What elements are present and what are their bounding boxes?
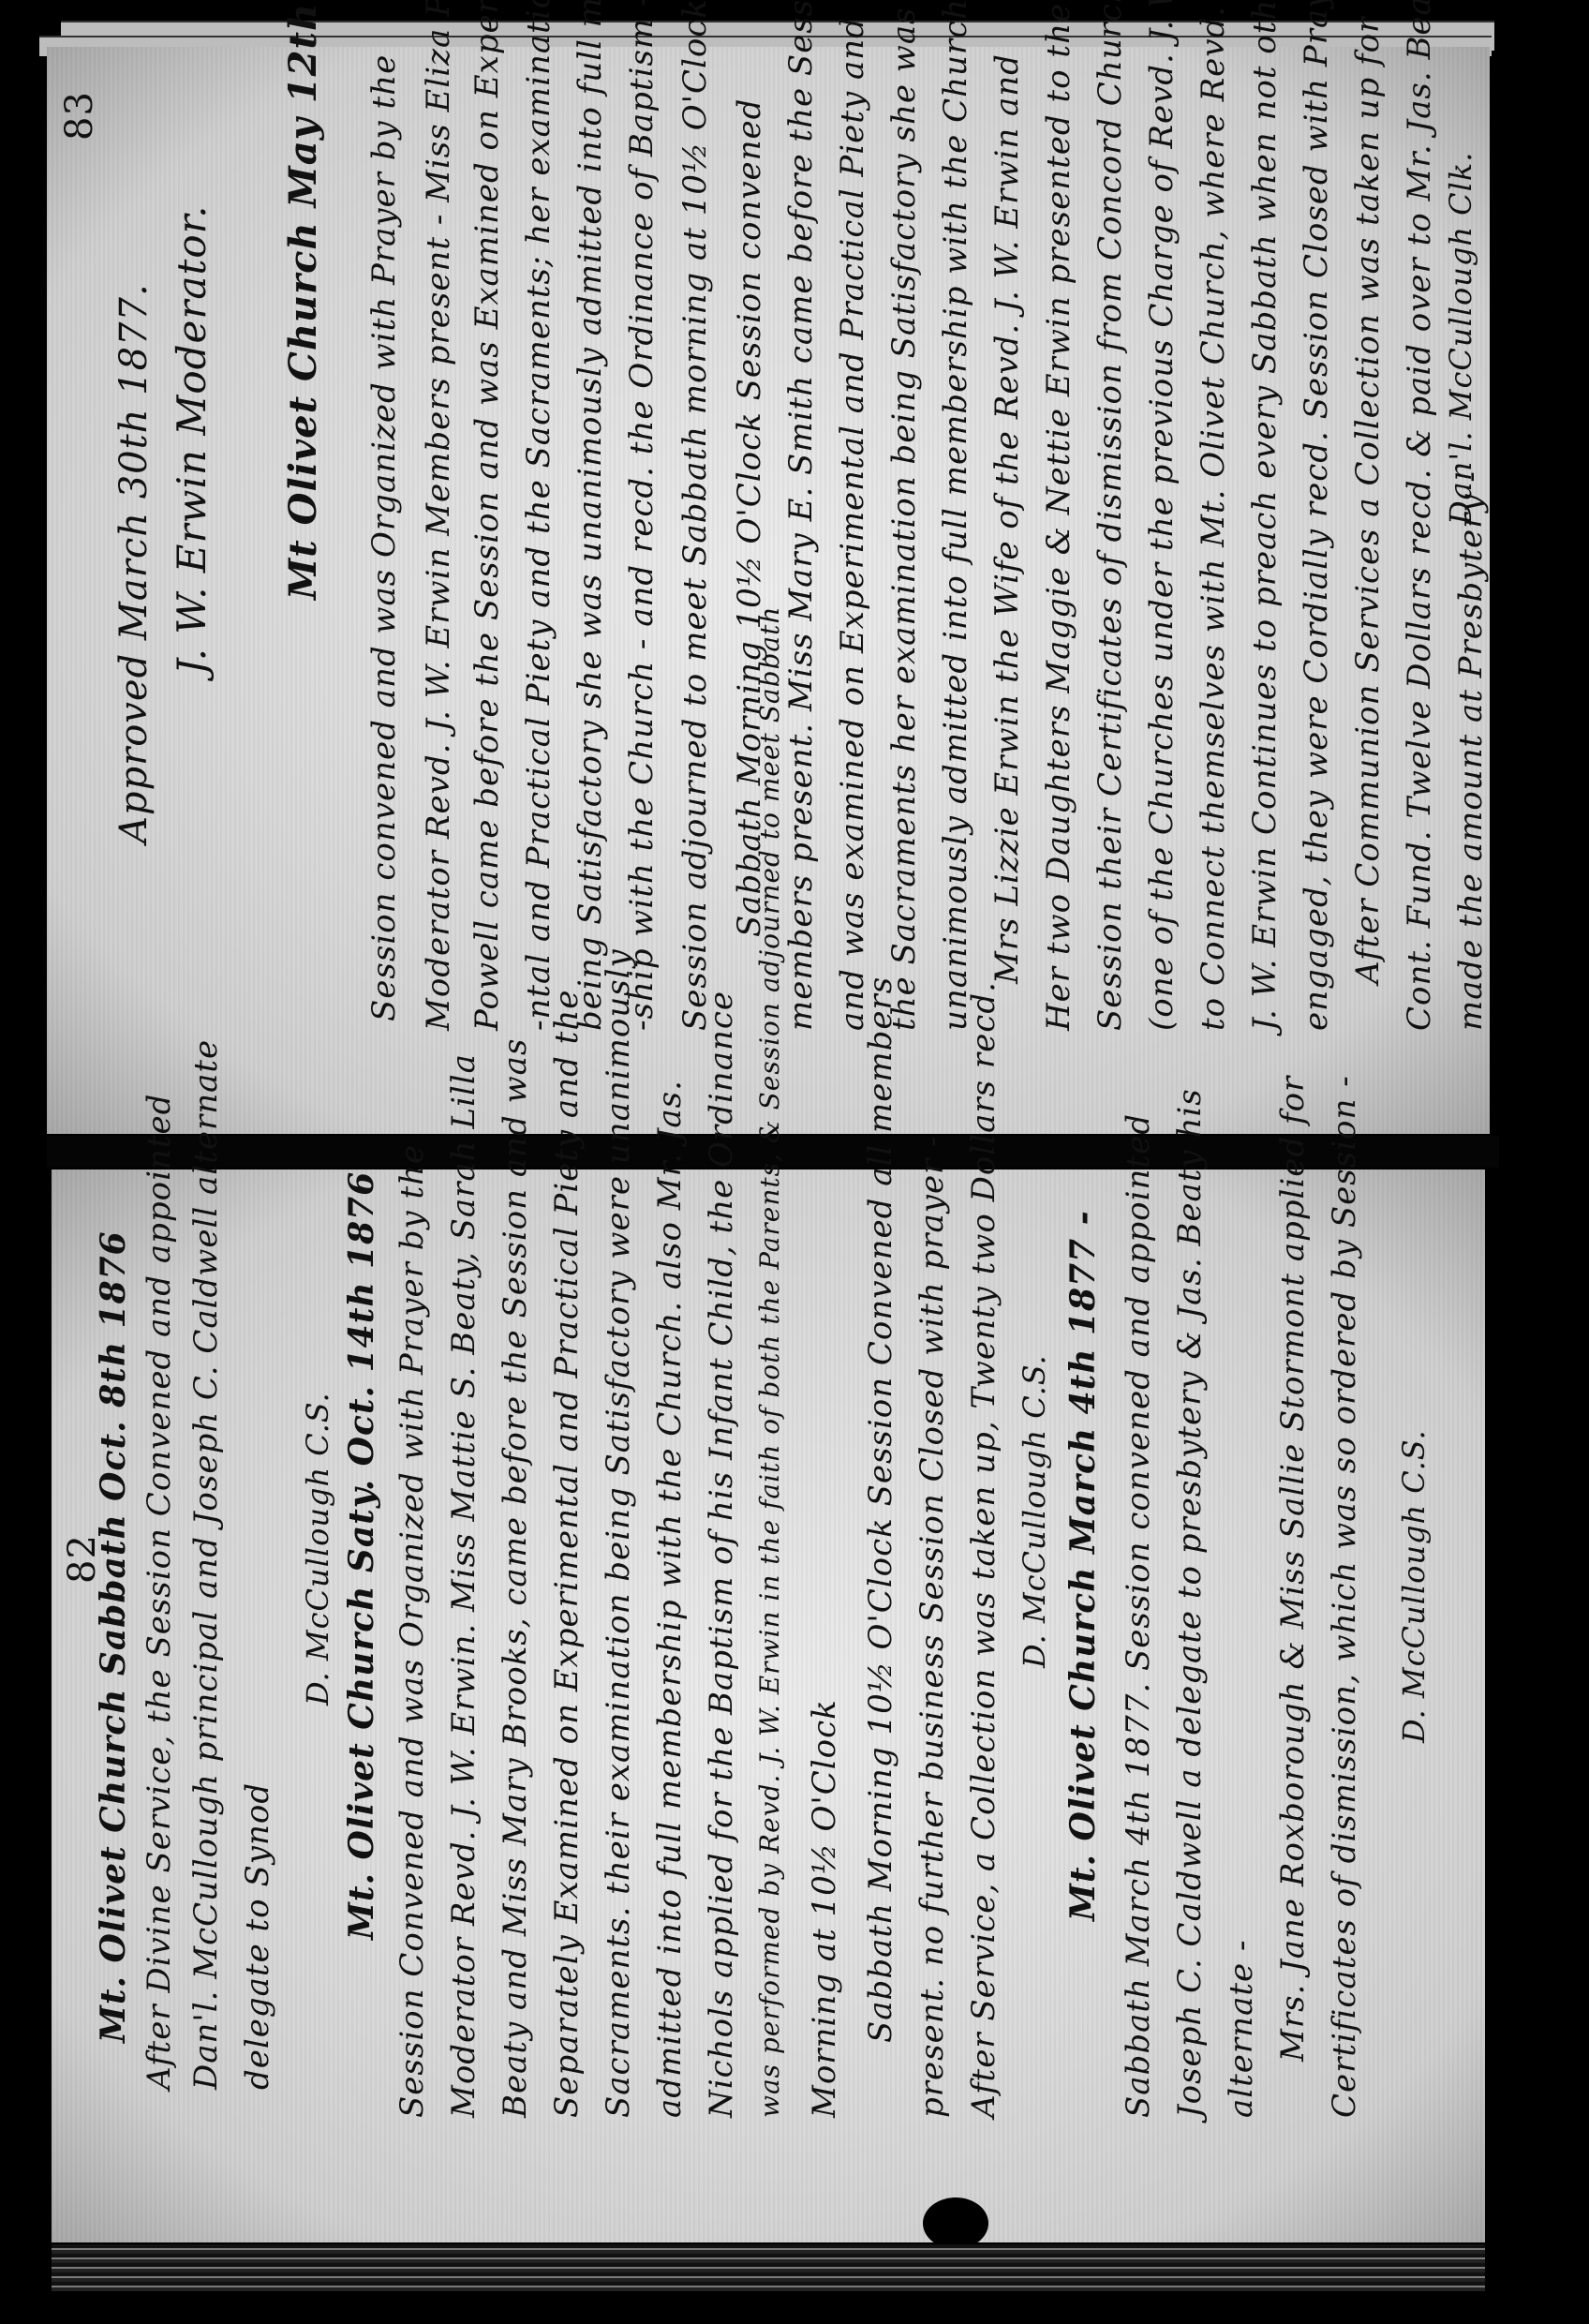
text-line: Session their Certificates of dismission…: [1092, 0, 1129, 1031]
clerk-signature: D. McCullough C.S.: [300, 1392, 335, 1706]
text-line: being Satisfactory she was unanimously a…: [572, 0, 609, 1031]
text-line: (one of the Churches under the previous …: [1143, 0, 1181, 1031]
text-line: the Sacraments her examination being Sat…: [885, 7, 923, 1031]
text-line: members present. Miss Mary E. Smith came…: [782, 0, 820, 1031]
text-line: made the amount at Presbytery -: [1452, 470, 1490, 1031]
text-line: J. W. Erwin Continues to preach every Sa…: [1246, 0, 1284, 1031]
text-line: Sacraments. their examination being Sati…: [600, 948, 637, 2118]
text-line: After Service, a Collection was taken up…: [965, 981, 1002, 2118]
text-line: Mrs. Jane Roxborough & Miss Sallie Storm…: [1274, 1076, 1312, 2062]
text-line: -ship with the Church - and recd. the Or…: [623, 0, 661, 1031]
text-line: Separately Examined on Experimental and …: [548, 990, 586, 2118]
book-binding-edge: [52, 2244, 1485, 2291]
page-number-83: 83: [58, 91, 101, 141]
text-line: admitted into full membership with the C…: [651, 1080, 689, 2118]
text-line: Session Convened and was Organized with …: [394, 1144, 431, 2118]
text-line: was performed by Revd. J. W. Erwin in th…: [754, 606, 785, 2118]
text-line: delegate to Synod: [239, 1782, 276, 2090]
clerk-signature: Dan'l. McCullough Clk.: [1443, 152, 1478, 525]
text-line: Powell came before the Session and was E…: [468, 0, 506, 1031]
entry-heading-mar-4-1877: Mt. Olivet Church March 4th 1877 -: [1063, 1210, 1103, 1921]
text-line: present. no further business Session Clo…: [913, 1135, 951, 2118]
text-line: Sabbath Morning 10½ O'Clock Session Conv…: [862, 976, 899, 2043]
text-line: Mrs Lizzie Erwin the Wife of the Revd. J…: [988, 53, 1026, 984]
text-line: Certificates of dismission, which was so…: [1326, 1075, 1363, 2118]
text-line: engaged, they were Cordially recd. Sessi…: [1298, 0, 1335, 1031]
text-line: Moderator Revd. J. W. Erwin. Miss Mattie…: [445, 1053, 483, 2118]
text-line: Beaty and Miss Mary Brooks, came before …: [497, 1038, 534, 2118]
entry-heading-oct-8-1876: Mt. Olivet Church Sabbath Oct. 8th 1876: [94, 1230, 133, 2043]
text-line: Session adjourned to meet Sabbath mornin…: [676, 0, 714, 1031]
text-line: After Communion Services a Collection wa…: [1349, 17, 1387, 984]
entry-heading-oct-14-1876: Mt. Olivet Church Saty. Oct. 14th 1876: [342, 1171, 381, 1940]
text-line: After Divine Service, the Session Conven…: [141, 1094, 178, 2090]
text-line: and was examined on Experimental and Pra…: [834, 17, 871, 1031]
text-line: Joseph C. Caldwell a delegate to presbyt…: [1171, 1088, 1209, 2118]
approval-text: Approved March 30th 1877.: [112, 283, 156, 843]
entry-heading-may-1877: Mt Olivet Church May 12th 1877: [281, 0, 325, 600]
text-line: Dan'l. McCullough principal and Joseph C…: [187, 1039, 225, 2090]
text-line: alternate -: [1223, 1940, 1260, 2118]
text-line: unanimously admitted into full membershi…: [937, 0, 974, 1031]
text-line: to Connect themselves with Mt. Olivet Ch…: [1195, 6, 1232, 1031]
text-line: -ntal and Practical Piety and the Sacram…: [520, 0, 557, 1031]
approval-signature: J. W. Erwin Moderator.: [169, 205, 215, 675]
text-line: Nichols applied for the Baptism of his I…: [703, 991, 740, 2118]
text-line: Moderator Revd. J. W. Erwin Members pres…: [420, 0, 457, 1031]
clerk-signature: D. McCullough C.S.: [1017, 1354, 1052, 1668]
clerk-signature: D. McCullough C.S.: [1396, 1429, 1432, 1743]
text-line: Cont. Fund. Twelve Dollars recd. & paid …: [1401, 0, 1438, 1031]
text-line: Her two Daughters Maggie & Nettie Erwin …: [1040, 3, 1077, 1031]
text-line: Session convened and was Organized with …: [365, 54, 403, 1021]
text-line: Sabbath March 4th 1877. Session convened…: [1120, 1113, 1157, 2118]
ink-blot: [923, 2197, 988, 2249]
text-line: Morning at 10½ O'Clock: [806, 1699, 843, 2118]
